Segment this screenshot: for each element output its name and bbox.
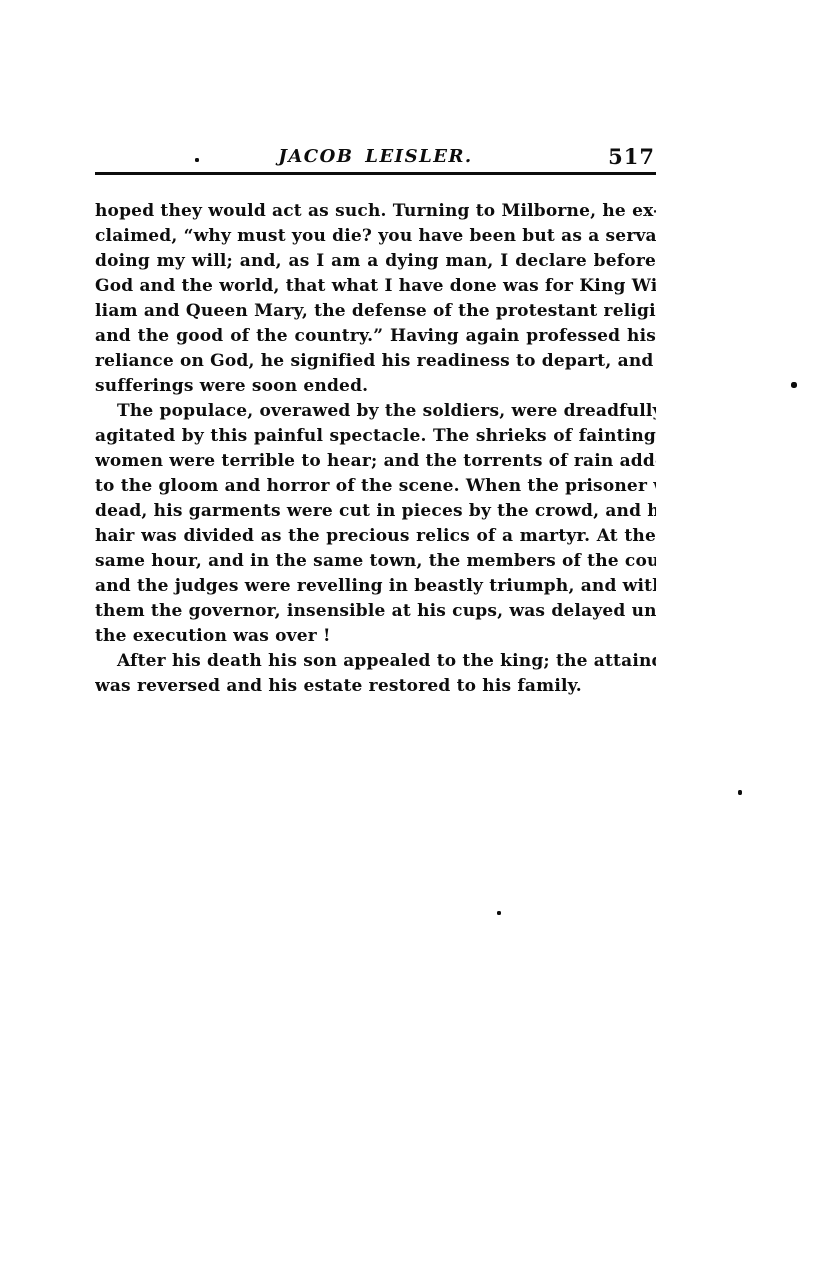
text-line: doing my will; and, as I am a dying man,… bbox=[95, 249, 656, 274]
running-title: JACOB LEISLER. bbox=[95, 146, 656, 167]
page-body: hoped they would act as such. Turning to… bbox=[95, 199, 656, 699]
text-line: claimed, “why must you die? you have bee… bbox=[95, 224, 656, 249]
text-line: hair was divided as the precious relics … bbox=[95, 524, 656, 549]
text-line: After his death his son appealed to the … bbox=[95, 649, 656, 674]
text-line: to the gloom and horror of the scene. Wh… bbox=[95, 474, 656, 499]
text-line: agitated by this painful spectacle. The … bbox=[95, 424, 656, 449]
text-line: them the governor, insensible at his cup… bbox=[95, 599, 656, 624]
header-rule bbox=[95, 172, 656, 175]
scan-speck bbox=[195, 158, 199, 162]
text-line: sufferings were soon ended. bbox=[95, 374, 656, 399]
text-line: hoped they would act as such. Turning to… bbox=[95, 199, 656, 224]
scan-speck bbox=[738, 790, 742, 795]
text-line: God and the world, that what I have done… bbox=[95, 274, 656, 299]
text-line: the execution was over ! bbox=[95, 624, 656, 649]
text-line: women were terrible to hear; and the tor… bbox=[95, 449, 656, 474]
page-number: 517 bbox=[608, 144, 655, 169]
scan-speck bbox=[791, 382, 797, 388]
text-line: The populace, overawed by the soldiers, … bbox=[95, 399, 656, 424]
text-line: same hour, and in the same town, the mem… bbox=[95, 549, 656, 574]
scan-speck bbox=[497, 911, 501, 915]
text-line: and the judges were revelling in beastly… bbox=[95, 574, 656, 599]
text-line: was reversed and his estate restored to … bbox=[95, 674, 656, 699]
text-line: dead, his garments were cut in pieces by… bbox=[95, 499, 656, 524]
text-line: and the good of the country.” Having aga… bbox=[95, 324, 656, 349]
text-line: liam and Queen Mary, the defense of the … bbox=[95, 299, 656, 324]
book-page: JACOB LEISLER. 517 hoped they would act … bbox=[0, 0, 836, 1284]
text-line: reliance on God, he signified his readin… bbox=[95, 349, 656, 374]
page-header: JACOB LEISLER. 517 bbox=[95, 144, 656, 170]
